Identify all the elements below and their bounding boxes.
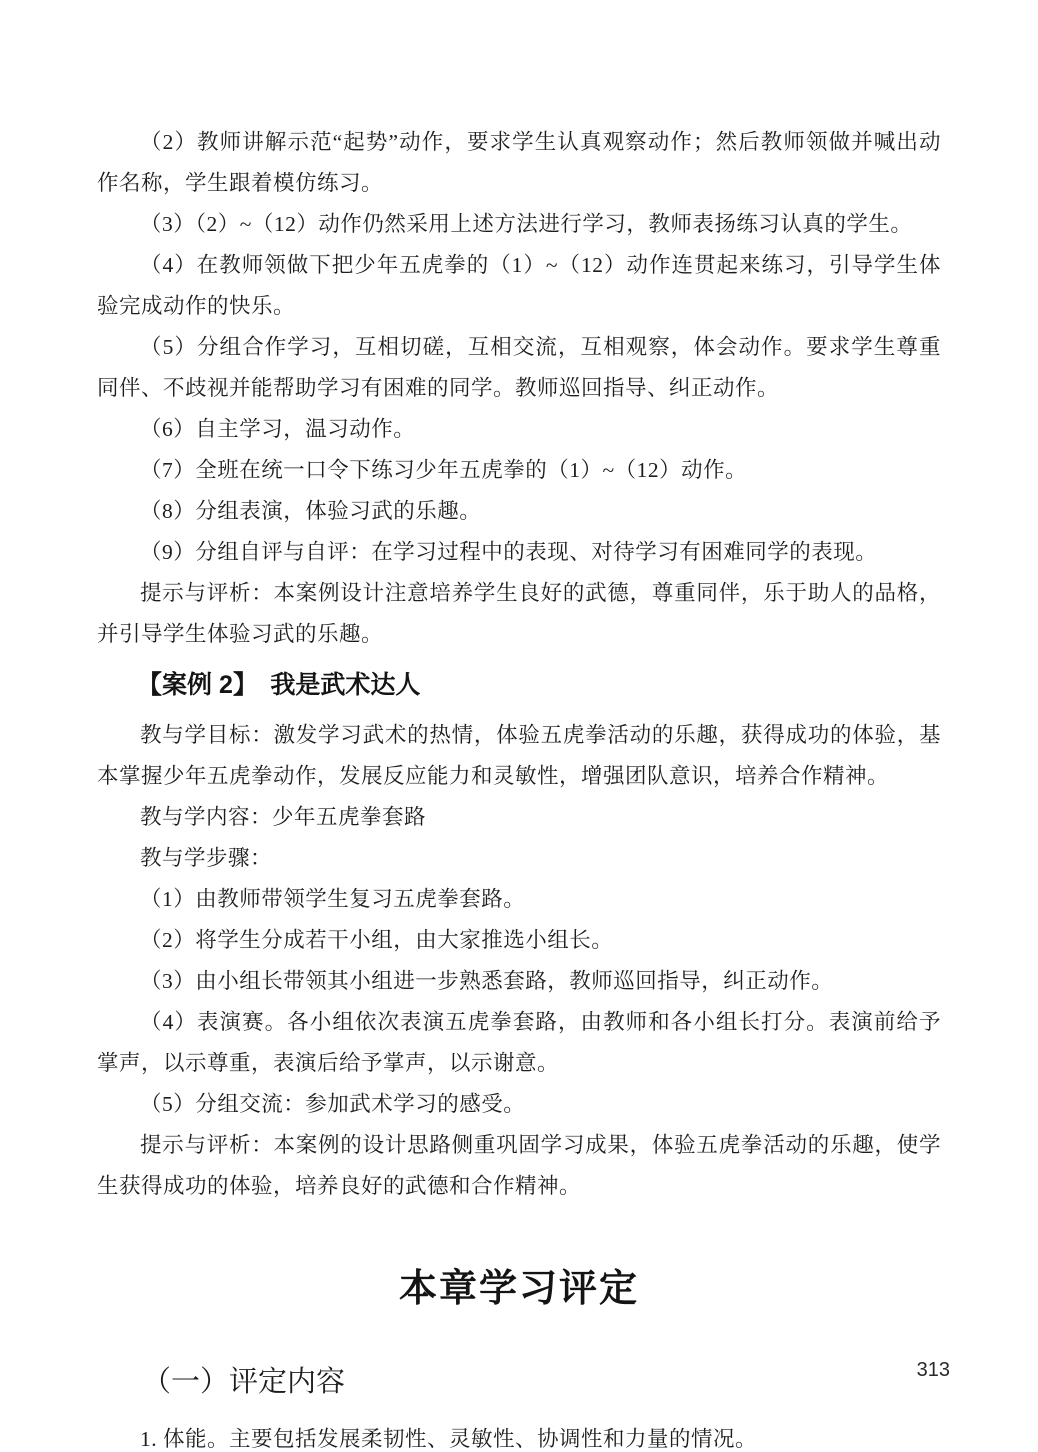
paragraph: （5）分组合作学习，互相切磋，互相交流，互相观察，体会动作。要求学生尊重同伴、不…	[97, 327, 941, 409]
paragraph: （5）分组交流：参加武术学习的感受。	[97, 1084, 941, 1125]
paragraph: （4）表演赛。各小组依次表演五虎拳套路，由教师和各小组长打分。表演前给予掌声，以…	[97, 1002, 941, 1084]
paragraph: 教与学步骤：	[97, 838, 941, 879]
paragraph: 教与学目标：激发学习武术的热情，体验五虎拳活动的乐趣，获得成功的体验，基本掌握少…	[97, 715, 941, 797]
paragraph: （8）分组表演，体验习武的乐趣。	[97, 491, 941, 532]
paragraph: 1. 体能。主要包括发展柔韧性、灵敏性、协调性和力量的情况。	[97, 1419, 941, 1452]
paragraph: （6）自主学习，温习动作。	[97, 409, 941, 450]
page-number: 313	[917, 1359, 950, 1382]
paragraph: （4）在教师领做下把少年五虎拳的（1）~（12）动作连贯起来练习，引导学生体验完…	[97, 245, 941, 327]
paragraph: 教与学内容：少年五虎拳套路	[97, 797, 941, 838]
chapter-title: 本章学习评定	[97, 1261, 941, 1317]
paragraph: 提示与评析：本案例的设计思路侧重巩固学习成果，体验五虎拳活动的乐趣，使学生获得成…	[97, 1125, 941, 1207]
section-title: （一）评定内容	[97, 1361, 941, 1403]
paragraph: （1）由教师带领学生复习五虎拳套路。	[97, 879, 941, 920]
paragraph: 提示与评析：本案例设计注意培养学生良好的武德，尊重同伴，乐于助人的品格，并引导学…	[97, 573, 941, 655]
page-content: （2）教师讲解示范“起势”动作，要求学生认真观察动作；然后教师领做并喊出动作名称…	[97, 122, 941, 1452]
document-page: （2）教师讲解示范“起势”动作，要求学生认真观察动作；然后教师领做并喊出动作名称…	[0, 0, 1038, 1452]
paragraph: （9）分组自评与自评：在学习过程中的表现、对待学习有困难同学的表现。	[97, 532, 941, 573]
paragraph: （3）（2）~（12）动作仍然采用上述方法进行学习，教师表扬练习认真的学生。	[97, 204, 941, 245]
paragraph: （2）教师讲解示范“起势”动作，要求学生认真观察动作；然后教师领做并喊出动作名称…	[97, 122, 941, 204]
paragraph: （3）由小组长带领其小组进一步熟悉套路，教师巡回指导，纠正动作。	[97, 961, 941, 1002]
paragraph: （2）将学生分成若干小组，由大家推选小组长。	[97, 920, 941, 961]
paragraph: （7）全班在统一口令下练习少年五虎拳的（1）~（12）动作。	[97, 450, 941, 491]
case-2-heading: 【案例 2】 我是武术达人	[97, 664, 941, 706]
